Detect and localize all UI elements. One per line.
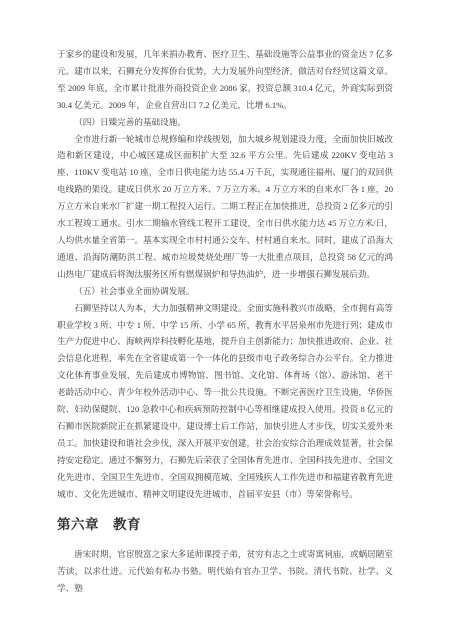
document-page: 于家乡的建设和发展，几年来捐办教育、医疗卫生、基础设施等公益事业的资金达 7 亿… [0,0,450,636]
section-5-title: （五）社会事业全面协调发展。 [57,283,393,300]
paragraph-infrastructure: 全市进行新一轮城市总规修编和岸线规划，加大城乡规划建设力度，全面加快旧城改造和新… [57,131,393,283]
paragraph-overseas-investment: 于家乡的建设和发展，几年来捐办教育、医疗卫生、基础设施等公益事业的资金达 7 亿… [57,46,393,114]
paragraph-social-programs: 石狮坚持以人为本，大力加强精神文明建设。全面实施科教兴市战略，全市拥有高等职业学… [57,300,393,503]
chapter-heading: 第六章 教育 [57,515,393,535]
paragraph-education-history: 唐宋时期，官宦殷富之家大多延师课授子弟，贫穷有志之士或寄寓祠庙，或蜗居陋室苦读，… [57,546,393,597]
section-4-title: （四）日臻完善的基础设施。 [57,114,393,131]
